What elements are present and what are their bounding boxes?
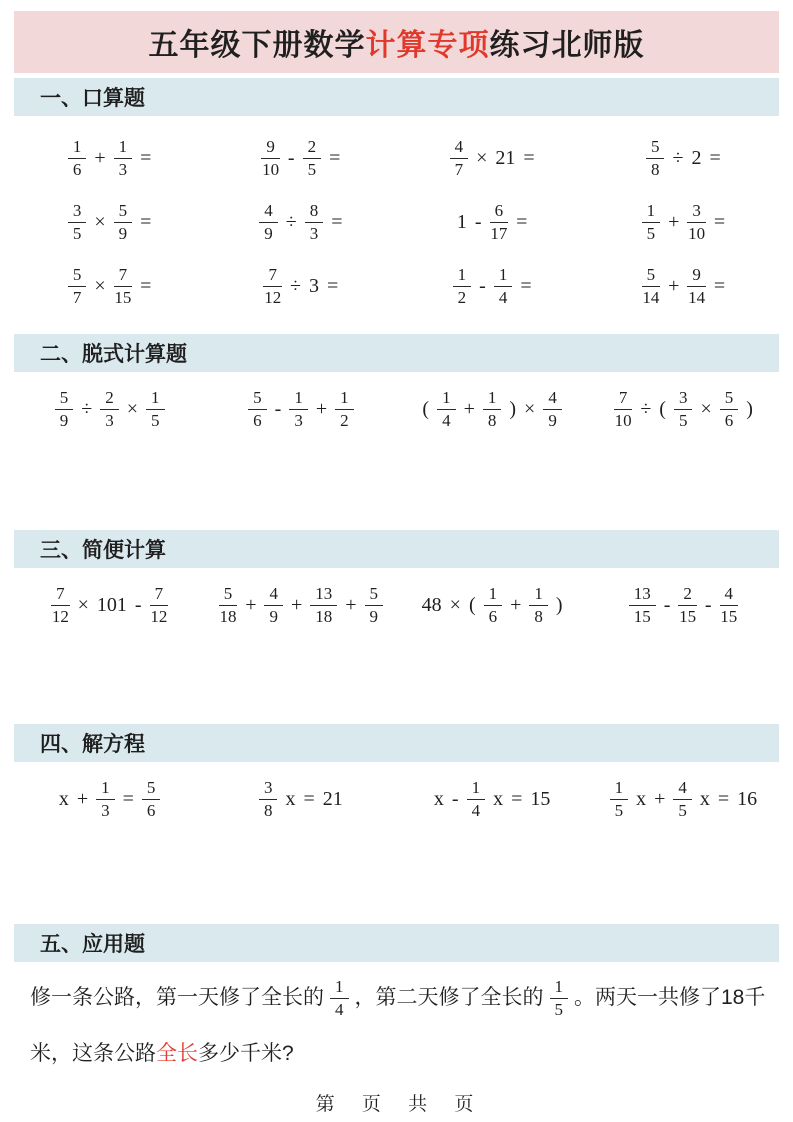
- worksheet-title-bar: 五年级下册数学计算专项练习北师版: [14, 11, 779, 73]
- fraction: 35: [68, 201, 87, 243]
- math-problem: 15+310=: [588, 190, 779, 254]
- fraction-numerator: 1: [550, 977, 569, 999]
- math-token: ÷: [672, 147, 683, 170]
- fraction: 13: [114, 137, 133, 179]
- fraction: 16: [484, 584, 503, 626]
- fraction-numerator: 3: [687, 201, 706, 223]
- section-stepwise-calculation: 二、脱式计算题 59÷23×1556-13+12(14+18)×49710÷(3…: [0, 334, 793, 530]
- math-problem: 47×21=: [397, 126, 588, 190]
- fraction: 47: [450, 137, 469, 179]
- math-token: +: [654, 788, 665, 811]
- page-footer: 第 页 共 页: [0, 1089, 793, 1116]
- simplified-problems-row: 712×101-712518+49+1318+5948×(16+18)1315-…: [14, 568, 779, 724]
- math-token: +: [668, 275, 679, 298]
- section-heading-stepwise: 二、脱式计算题: [14, 334, 779, 372]
- math-problem: 15x+45x=16: [588, 774, 779, 824]
- fraction: 45: [673, 778, 692, 820]
- math-token: =: [523, 147, 534, 170]
- fraction-denominator: 7: [455, 159, 464, 180]
- fraction-numerator: 7: [614, 388, 633, 410]
- fraction: 14: [437, 388, 456, 430]
- fraction-numerator: 3: [68, 201, 87, 223]
- fraction: 16: [68, 137, 87, 179]
- math-token: 1: [457, 211, 467, 234]
- math-token: x: [700, 788, 710, 811]
- math-token: -: [705, 594, 712, 617]
- fraction: 56: [142, 778, 161, 820]
- fraction-numerator: 1: [610, 778, 629, 800]
- fraction: 14: [330, 977, 349, 1019]
- fraction: 35: [674, 388, 693, 430]
- math-token: =: [718, 788, 729, 811]
- fraction-denominator: 14: [688, 287, 705, 308]
- math-problem: 56-13+12: [205, 384, 396, 434]
- fraction-numerator: 3: [259, 778, 278, 800]
- fraction-denominator: 6: [489, 606, 498, 627]
- section-heading-equations: 四、解方程: [14, 724, 779, 762]
- fraction: 49: [543, 388, 562, 430]
- fraction-denominator: 5: [73, 223, 82, 244]
- fraction-numerator: 6: [490, 201, 509, 223]
- fraction: 18: [483, 388, 502, 430]
- fraction-denominator: 12: [52, 606, 69, 627]
- math-problem: 712÷3=: [205, 254, 396, 318]
- fraction-denominator: 17: [490, 223, 507, 244]
- math-token: ): [746, 398, 753, 421]
- math-problem: 1-617=: [397, 190, 588, 254]
- fraction: 15: [550, 977, 569, 1019]
- equation-problems-row: x+13=5638x=21x-14x=1515x+45x=16: [14, 762, 779, 924]
- fraction-denominator: 18: [219, 606, 236, 627]
- fraction-numerator: 5: [642, 265, 661, 287]
- fraction: 12: [453, 265, 472, 307]
- fraction-denominator: 5: [615, 800, 624, 821]
- section-oral-calculation: 一、口算题 16+13=910-25=47×21=58÷2=35×59=49÷8…: [0, 78, 793, 334]
- math-problem: 710÷(35×56): [588, 384, 779, 434]
- fraction-denominator: 15: [634, 606, 651, 627]
- fraction-denominator: 3: [101, 800, 110, 821]
- math-token: 3: [309, 275, 319, 298]
- math-token: 21: [323, 788, 343, 811]
- fraction: 1318: [310, 584, 337, 626]
- fraction: 18: [529, 584, 548, 626]
- fraction: 914: [687, 265, 706, 307]
- math-token: +: [345, 594, 356, 617]
- fraction: 59: [365, 584, 384, 626]
- fraction: 83: [305, 201, 324, 243]
- fraction: 518: [219, 584, 238, 626]
- fraction-numerator: 5: [720, 388, 739, 410]
- math-token: 48: [422, 594, 442, 617]
- section-heading-simplified: 三、简便计算: [14, 530, 779, 568]
- fraction: 215: [678, 584, 697, 626]
- math-token: ÷: [290, 275, 301, 298]
- fraction-denominator: 5: [151, 410, 160, 431]
- math-token: =: [140, 211, 151, 234]
- math-token: +: [464, 398, 475, 421]
- fraction-denominator: 10: [615, 410, 632, 431]
- math-problem: 48×(16+18): [397, 580, 588, 630]
- fraction-denominator: 6: [147, 800, 156, 821]
- stepwise-problems-row: 59÷23×1556-13+12(14+18)×49710÷(35×56): [14, 372, 779, 530]
- fraction-denominator: 3: [105, 410, 114, 431]
- fraction-numerator: 9: [687, 265, 706, 287]
- fraction: 58: [646, 137, 665, 179]
- fraction: 712: [150, 584, 169, 626]
- math-token: (: [469, 594, 476, 617]
- math-token: ÷: [640, 398, 651, 421]
- math-token: +: [668, 211, 679, 234]
- fraction: 38: [259, 778, 278, 820]
- fraction: 617: [490, 201, 509, 243]
- fraction-denominator: 9: [119, 223, 128, 244]
- math-token: =: [516, 211, 527, 234]
- math-token: -: [475, 211, 482, 234]
- fraction-denominator: 6: [725, 410, 734, 431]
- fraction-numerator: 1: [467, 778, 486, 800]
- fraction: 12: [335, 388, 354, 430]
- fraction-numerator: 2: [678, 584, 697, 606]
- fraction-numerator: 5: [248, 388, 267, 410]
- title-post: 练习北师版: [490, 29, 645, 62]
- fraction-numerator: 1: [642, 201, 661, 223]
- fraction-numerator: 9: [261, 137, 280, 159]
- math-token: ×: [476, 147, 487, 170]
- math-token: -: [664, 594, 671, 617]
- fraction-numerator: 4: [720, 584, 739, 606]
- fraction-denominator: 6: [73, 159, 82, 180]
- fraction: 15: [146, 388, 165, 430]
- fraction-denominator: 5: [678, 800, 687, 821]
- oral-problems-grid: 16+13=910-25=47×21=58÷2=35×59=49÷83=1-61…: [14, 116, 779, 334]
- fraction-numerator: 2: [303, 137, 322, 159]
- fraction-numerator: 1: [483, 388, 502, 410]
- math-token: -: [288, 147, 295, 170]
- fraction-numerator: 2: [100, 388, 119, 410]
- fraction-denominator: 2: [458, 287, 467, 308]
- math-token: +: [245, 594, 256, 617]
- fraction: 14: [467, 778, 486, 820]
- math-token: =: [714, 275, 725, 298]
- math-problem: 59÷23×15: [14, 384, 205, 434]
- fraction-numerator: 5: [142, 778, 161, 800]
- math-problem: 712×101-712: [14, 580, 205, 630]
- fraction: 1315: [629, 584, 656, 626]
- title-text: 五年级下册数学计算专项练习北师版: [149, 20, 645, 64]
- math-token: ÷: [286, 211, 297, 234]
- math-token: +: [291, 594, 302, 617]
- math-token: ×: [94, 275, 105, 298]
- math-token: -: [275, 398, 282, 421]
- math-token: ×: [78, 594, 89, 617]
- fraction-numerator: 7: [150, 584, 169, 606]
- fraction-denominator: 3: [310, 223, 319, 244]
- math-token: =: [140, 275, 151, 298]
- math-token: 修一条公路，第一天修了全长的: [30, 986, 324, 1009]
- fraction-denominator: 7: [73, 287, 82, 308]
- title-highlight: 计算专项: [366, 29, 490, 62]
- math-token: ×: [94, 211, 105, 234]
- fraction-numerator: 5: [114, 201, 133, 223]
- fraction-denominator: 9: [60, 410, 69, 431]
- fraction-numerator: 13: [310, 584, 337, 606]
- fraction-denominator: 8: [651, 159, 660, 180]
- fraction-denominator: 9: [269, 606, 278, 627]
- fraction: 49: [259, 201, 278, 243]
- math-token: =: [714, 211, 725, 234]
- fraction-numerator: 13: [629, 584, 656, 606]
- math-token: 15: [530, 788, 550, 811]
- math-token: ×: [450, 594, 461, 617]
- math-problem: (14+18)×49: [397, 384, 588, 434]
- math-token: +: [77, 788, 88, 811]
- fraction-numerator: 4: [450, 137, 469, 159]
- fraction-denominator: 12: [150, 606, 167, 627]
- fraction: 910: [261, 137, 280, 179]
- math-token: -: [135, 594, 142, 617]
- fraction: 25: [303, 137, 322, 179]
- fraction: 23: [100, 388, 119, 430]
- fraction-numerator: 1: [453, 265, 472, 287]
- fraction-denominator: 2: [340, 410, 349, 431]
- math-problem: 35×59=: [14, 190, 205, 254]
- fraction: 715: [114, 265, 133, 307]
- fraction-numerator: 1: [68, 137, 87, 159]
- fraction-denominator: 8: [488, 410, 497, 431]
- fraction: 15: [610, 778, 629, 820]
- fraction: 56: [248, 388, 267, 430]
- fraction-denominator: 4: [499, 287, 508, 308]
- math-token: x: [434, 788, 444, 811]
- math-problem: 910-25=: [205, 126, 396, 190]
- math-token: =: [511, 788, 522, 811]
- math-problem: 58÷2=: [588, 126, 779, 190]
- fraction-denominator: 9: [264, 223, 273, 244]
- fraction-denominator: 15: [114, 287, 131, 308]
- section-heading-word-problem: 五、应用题: [14, 924, 779, 962]
- math-token: ): [509, 398, 516, 421]
- fraction: 710: [614, 388, 633, 430]
- math-token: (: [422, 398, 429, 421]
- fraction-numerator: 8: [305, 201, 324, 223]
- title-pre: 五年级下册数学: [149, 29, 366, 62]
- math-token: 21: [495, 147, 515, 170]
- fraction-denominator: 8: [264, 800, 273, 821]
- fraction: 59: [114, 201, 133, 243]
- fraction-denominator: 18: [315, 606, 332, 627]
- fraction-denominator: 10: [688, 223, 705, 244]
- fraction: 310: [687, 201, 706, 243]
- math-token: x: [59, 788, 69, 811]
- math-token: x: [285, 788, 295, 811]
- fraction-numerator: 1: [96, 778, 115, 800]
- fraction-denominator: 4: [442, 410, 451, 431]
- fraction-numerator: 7: [51, 584, 70, 606]
- math-token: 16: [737, 788, 757, 811]
- math-problem: 16+13=: [14, 126, 205, 190]
- math-token: ÷: [81, 398, 92, 421]
- math-token: +: [94, 147, 105, 170]
- fraction: 59: [55, 388, 74, 430]
- fraction: 49: [264, 584, 283, 626]
- fraction-denominator: 3: [294, 410, 303, 431]
- fraction-numerator: 1: [330, 977, 349, 999]
- math-token: ，第二天修了全长的: [355, 986, 544, 1009]
- math-token: =: [520, 275, 531, 298]
- fraction-denominator: 10: [262, 159, 279, 180]
- math-problem: x+13=56: [14, 774, 205, 824]
- math-problem: 38x=21: [205, 774, 396, 824]
- fraction: 15: [642, 201, 661, 243]
- highlighted-text: 全长: [156, 1042, 198, 1065]
- fraction: 13: [289, 388, 308, 430]
- math-token: =: [327, 275, 338, 298]
- math-problem: 57×715=: [14, 254, 205, 318]
- fraction-numerator: 7: [114, 265, 133, 287]
- fraction-numerator: 1: [335, 388, 354, 410]
- fraction-numerator: 5: [646, 137, 665, 159]
- fraction: 56: [720, 388, 739, 430]
- fraction-numerator: 1: [146, 388, 165, 410]
- math-token: ): [556, 594, 563, 617]
- fraction-numerator: 4: [543, 388, 562, 410]
- math-token: x: [636, 788, 646, 811]
- math-token: =: [709, 147, 720, 170]
- fraction-denominator: 15: [679, 606, 696, 627]
- math-token: ×: [524, 398, 535, 421]
- fraction-denominator: 5: [555, 999, 564, 1020]
- math-problem: 49÷83=: [205, 190, 396, 254]
- section-word-problem: 五、应用题 修一条公路，第一天修了全长的14，第二天修了全长的15。两天一共修了…: [0, 924, 793, 1082]
- math-token: (: [659, 398, 666, 421]
- math-token: =: [331, 211, 342, 234]
- math-token: +: [316, 398, 327, 421]
- fraction: 415: [720, 584, 739, 626]
- fraction: 13: [96, 778, 115, 820]
- fraction-denominator: 9: [370, 606, 379, 627]
- math-token: =: [303, 788, 314, 811]
- math-token: ×: [700, 398, 711, 421]
- math-problem: x-14x=15: [397, 774, 588, 824]
- fraction-numerator: 3: [674, 388, 693, 410]
- fraction-denominator: 9: [548, 410, 557, 431]
- fraction: 712: [51, 584, 70, 626]
- math-token: 2: [691, 147, 701, 170]
- fraction-denominator: 12: [264, 287, 281, 308]
- math-problem: 518+49+1318+59: [205, 580, 396, 630]
- section-simplified-calculation: 三、简便计算 712×101-712518+49+1318+5948×(16+1…: [0, 530, 793, 724]
- math-token: -: [452, 788, 459, 811]
- fraction-denominator: 5: [679, 410, 688, 431]
- fraction-denominator: 5: [647, 223, 656, 244]
- fraction: 57: [68, 265, 87, 307]
- fraction-numerator: 4: [673, 778, 692, 800]
- section-heading-oral: 一、口算题: [14, 78, 779, 116]
- fraction-denominator: 6: [253, 410, 262, 431]
- fraction-denominator: 5: [308, 159, 317, 180]
- fraction: 14: [494, 265, 513, 307]
- section-solve-equations: 四、解方程 x+13=5638x=21x-14x=1515x+45x=16: [0, 724, 793, 924]
- math-token: 多少千米?: [198, 1042, 294, 1065]
- fraction-numerator: 4: [264, 584, 283, 606]
- fraction-numerator: 5: [365, 584, 384, 606]
- math-problem: 12-14=: [397, 254, 588, 318]
- fraction-denominator: 3: [119, 159, 128, 180]
- math-problem: 514+914=: [588, 254, 779, 318]
- math-token: =: [329, 147, 340, 170]
- math-token: +: [510, 594, 521, 617]
- math-token: =: [123, 788, 134, 811]
- math-problem: 1315-215-415: [588, 580, 779, 630]
- fraction-denominator: 14: [642, 287, 659, 308]
- fraction-numerator: 1: [494, 265, 513, 287]
- fraction-numerator: 5: [68, 265, 87, 287]
- math-token: x: [493, 788, 503, 811]
- math-token: 101: [97, 594, 127, 617]
- word-problem-text: 修一条公路，第一天修了全长的14，第二天修了全长的15。两天一共修了18千米，这…: [14, 962, 779, 1082]
- fraction-numerator: 1: [437, 388, 456, 410]
- fraction: 514: [642, 265, 661, 307]
- math-token: =: [140, 147, 151, 170]
- fraction-numerator: 1: [289, 388, 308, 410]
- worksheet-page: 五年级下册数学计算专项练习北师版 一、口算题 16+13=910-25=47×2…: [0, 0, 793, 1122]
- fraction-numerator: 7: [263, 265, 282, 287]
- fraction-numerator: 1: [114, 137, 133, 159]
- fraction-numerator: 1: [529, 584, 548, 606]
- fraction-numerator: 5: [55, 388, 74, 410]
- fraction-numerator: 5: [219, 584, 238, 606]
- fraction-numerator: 1: [484, 584, 503, 606]
- fraction-numerator: 4: [259, 201, 278, 223]
- math-token: -: [479, 275, 486, 298]
- fraction: 712: [263, 265, 282, 307]
- math-problem: 修一条公路，第一天修了全长的14，第二天修了全长的15。两天一共修了18千米，这…: [30, 986, 765, 1065]
- fraction-denominator: 15: [720, 606, 737, 627]
- fraction-denominator: 4: [335, 999, 344, 1020]
- fraction-denominator: 4: [472, 800, 481, 821]
- fraction-denominator: 8: [534, 606, 543, 627]
- math-token: ×: [127, 398, 138, 421]
